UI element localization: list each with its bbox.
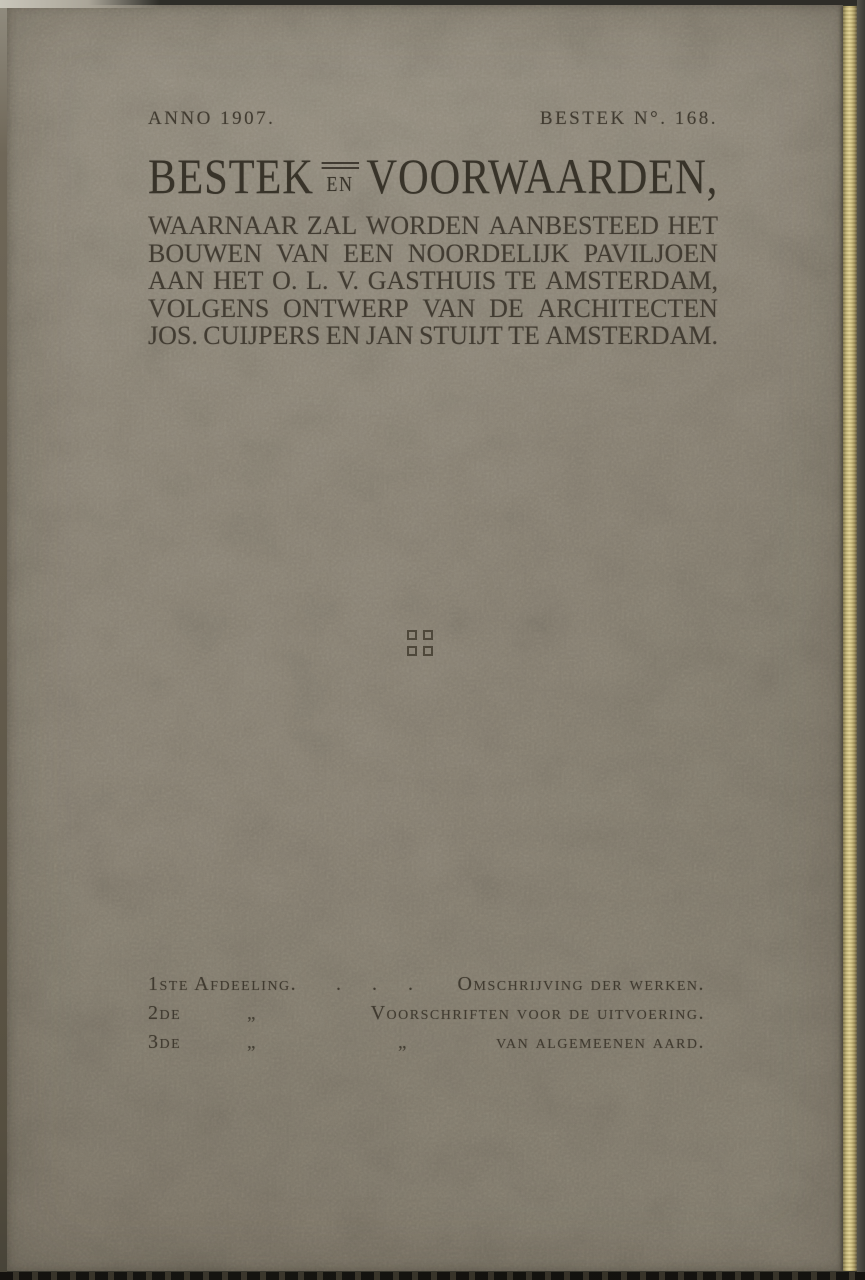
subtitle-word: TE xyxy=(508,322,540,350)
subtitle-word: AAN xyxy=(148,267,204,295)
ditto-mark: „ xyxy=(398,1028,406,1057)
scan-edge-right xyxy=(857,0,865,1280)
booklet-cover: ANNO 1907. BESTEK N°. 168. BESTEK EN VOO… xyxy=(7,5,843,1271)
subtitle-word: WAARNAAR xyxy=(148,212,298,240)
section-index: 2de xyxy=(148,999,181,1028)
section-index: 3de xyxy=(148,1028,181,1057)
subtitle-word: VOLGENS xyxy=(148,295,269,323)
subtitle-word: GASTHUIS xyxy=(368,267,497,295)
book-page-edge xyxy=(843,6,857,1271)
header-row: ANNO 1907. BESTEK N°. 168. xyxy=(148,108,718,130)
subtitle-word: DE xyxy=(489,295,524,323)
subtitle-block: WAARNAARZALWORDENAANBESTEEDHET BOUWENVAN… xyxy=(148,212,718,350)
section-index: 1ste Afdeeling. xyxy=(148,970,297,999)
subtitle-word: NOORDELIJK xyxy=(408,240,570,268)
subtitle-line: JOS.CUIJPERSENJANSTUIJTTEAMSTERDAM. xyxy=(148,322,718,350)
ornament-square xyxy=(423,646,433,656)
cover-printed-content: ANNO 1907. BESTEK N°. 168. BESTEK EN VOO… xyxy=(148,5,718,1271)
section-row-2: 2de „ Voorschriften voor de uitvoering. xyxy=(148,999,718,1028)
book-bottom-pages-edge xyxy=(0,1272,865,1280)
subtitle-word: VAN xyxy=(422,295,475,323)
title-word-bestek: BESTEK xyxy=(148,151,314,201)
double-rule-top xyxy=(321,162,358,164)
subtitle-word: BOUWEN xyxy=(148,240,262,268)
subtitle-word: ZAL xyxy=(307,212,358,240)
anno-label: ANNO 1907. xyxy=(148,108,275,130)
ornament-square xyxy=(423,630,433,640)
subtitle-word: ONTWERP xyxy=(283,295,409,323)
ditto-mark: „ xyxy=(247,1028,255,1057)
section-description: Voorschriften voor de uitvoering. xyxy=(371,999,705,1028)
subtitle-word: JOS. xyxy=(148,322,198,350)
subtitle-word: EN xyxy=(326,322,361,350)
subtitle-word: PAVILJOEN xyxy=(584,240,718,268)
title-conjunction-block: EN xyxy=(321,162,358,195)
subtitle-line: VOLGENSONTWERPVANDEARCHITECTEN xyxy=(148,295,718,323)
scan-edge-highlight xyxy=(0,0,160,8)
subtitle-word: ARCHITECTEN xyxy=(537,295,718,323)
subtitle-word: CUIJPERS xyxy=(203,322,320,350)
double-rule-bottom xyxy=(321,167,358,169)
four-squares-ornament-icon xyxy=(407,630,433,656)
section-row-3: 3de „ „ van algemeenen aard. xyxy=(148,1028,718,1057)
section-description: Omschrijving der werken. xyxy=(458,970,705,999)
page-title: BESTEK EN VOORWAARDEN, xyxy=(148,151,718,201)
ditto-mark: „ xyxy=(247,999,255,1028)
title-conjunction: EN xyxy=(321,174,358,195)
subtitle-line: WAARNAARZALWORDENAANBESTEEDHET xyxy=(148,212,718,240)
subtitle-word: AMSTERDAM. xyxy=(545,322,718,350)
section-row-1: 1ste Afdeeling. . . . Omschrijving der w… xyxy=(148,970,718,999)
subtitle-word: O. xyxy=(272,267,297,295)
subtitle-word: EEN xyxy=(343,240,394,268)
subtitle-word: JAN xyxy=(366,322,414,350)
subtitle-word: TE xyxy=(505,267,537,295)
scan-edge-left xyxy=(0,0,7,1280)
leader-dots: . . . xyxy=(336,970,413,999)
subtitle-word: V. xyxy=(337,267,359,295)
subtitle-word: HET xyxy=(667,212,718,240)
subtitle-word: HET xyxy=(213,267,264,295)
subtitle-word: AMSTERDAM, xyxy=(545,267,718,295)
subtitle-word: WORDEN xyxy=(366,212,480,240)
subtitle-word: VAN xyxy=(276,240,329,268)
subtitle-word: L. xyxy=(306,267,328,295)
section-description: van algemeenen aard. xyxy=(496,1028,705,1057)
subtitle-line: BOUWENVANEENNOORDELIJKPAVILJOEN xyxy=(148,240,718,268)
subtitle-word: AANBESTEED xyxy=(488,212,658,240)
ornament-square xyxy=(407,646,417,656)
title-word-voorwaarden: VOORWAARDEN, xyxy=(366,151,718,201)
scanned-document: ANNO 1907. BESTEK N°. 168. BESTEK EN VOO… xyxy=(0,0,865,1280)
subtitle-line: AANHETO.L.V.GASTHUISTEAMSTERDAM, xyxy=(148,267,718,295)
table-of-contents: 1ste Afdeeling. . . . Omschrijving der w… xyxy=(148,970,718,1057)
bestek-number-label: BESTEK N°. 168. xyxy=(540,108,718,130)
ornament-square xyxy=(407,630,417,640)
subtitle-word: STUIJT xyxy=(419,322,503,350)
